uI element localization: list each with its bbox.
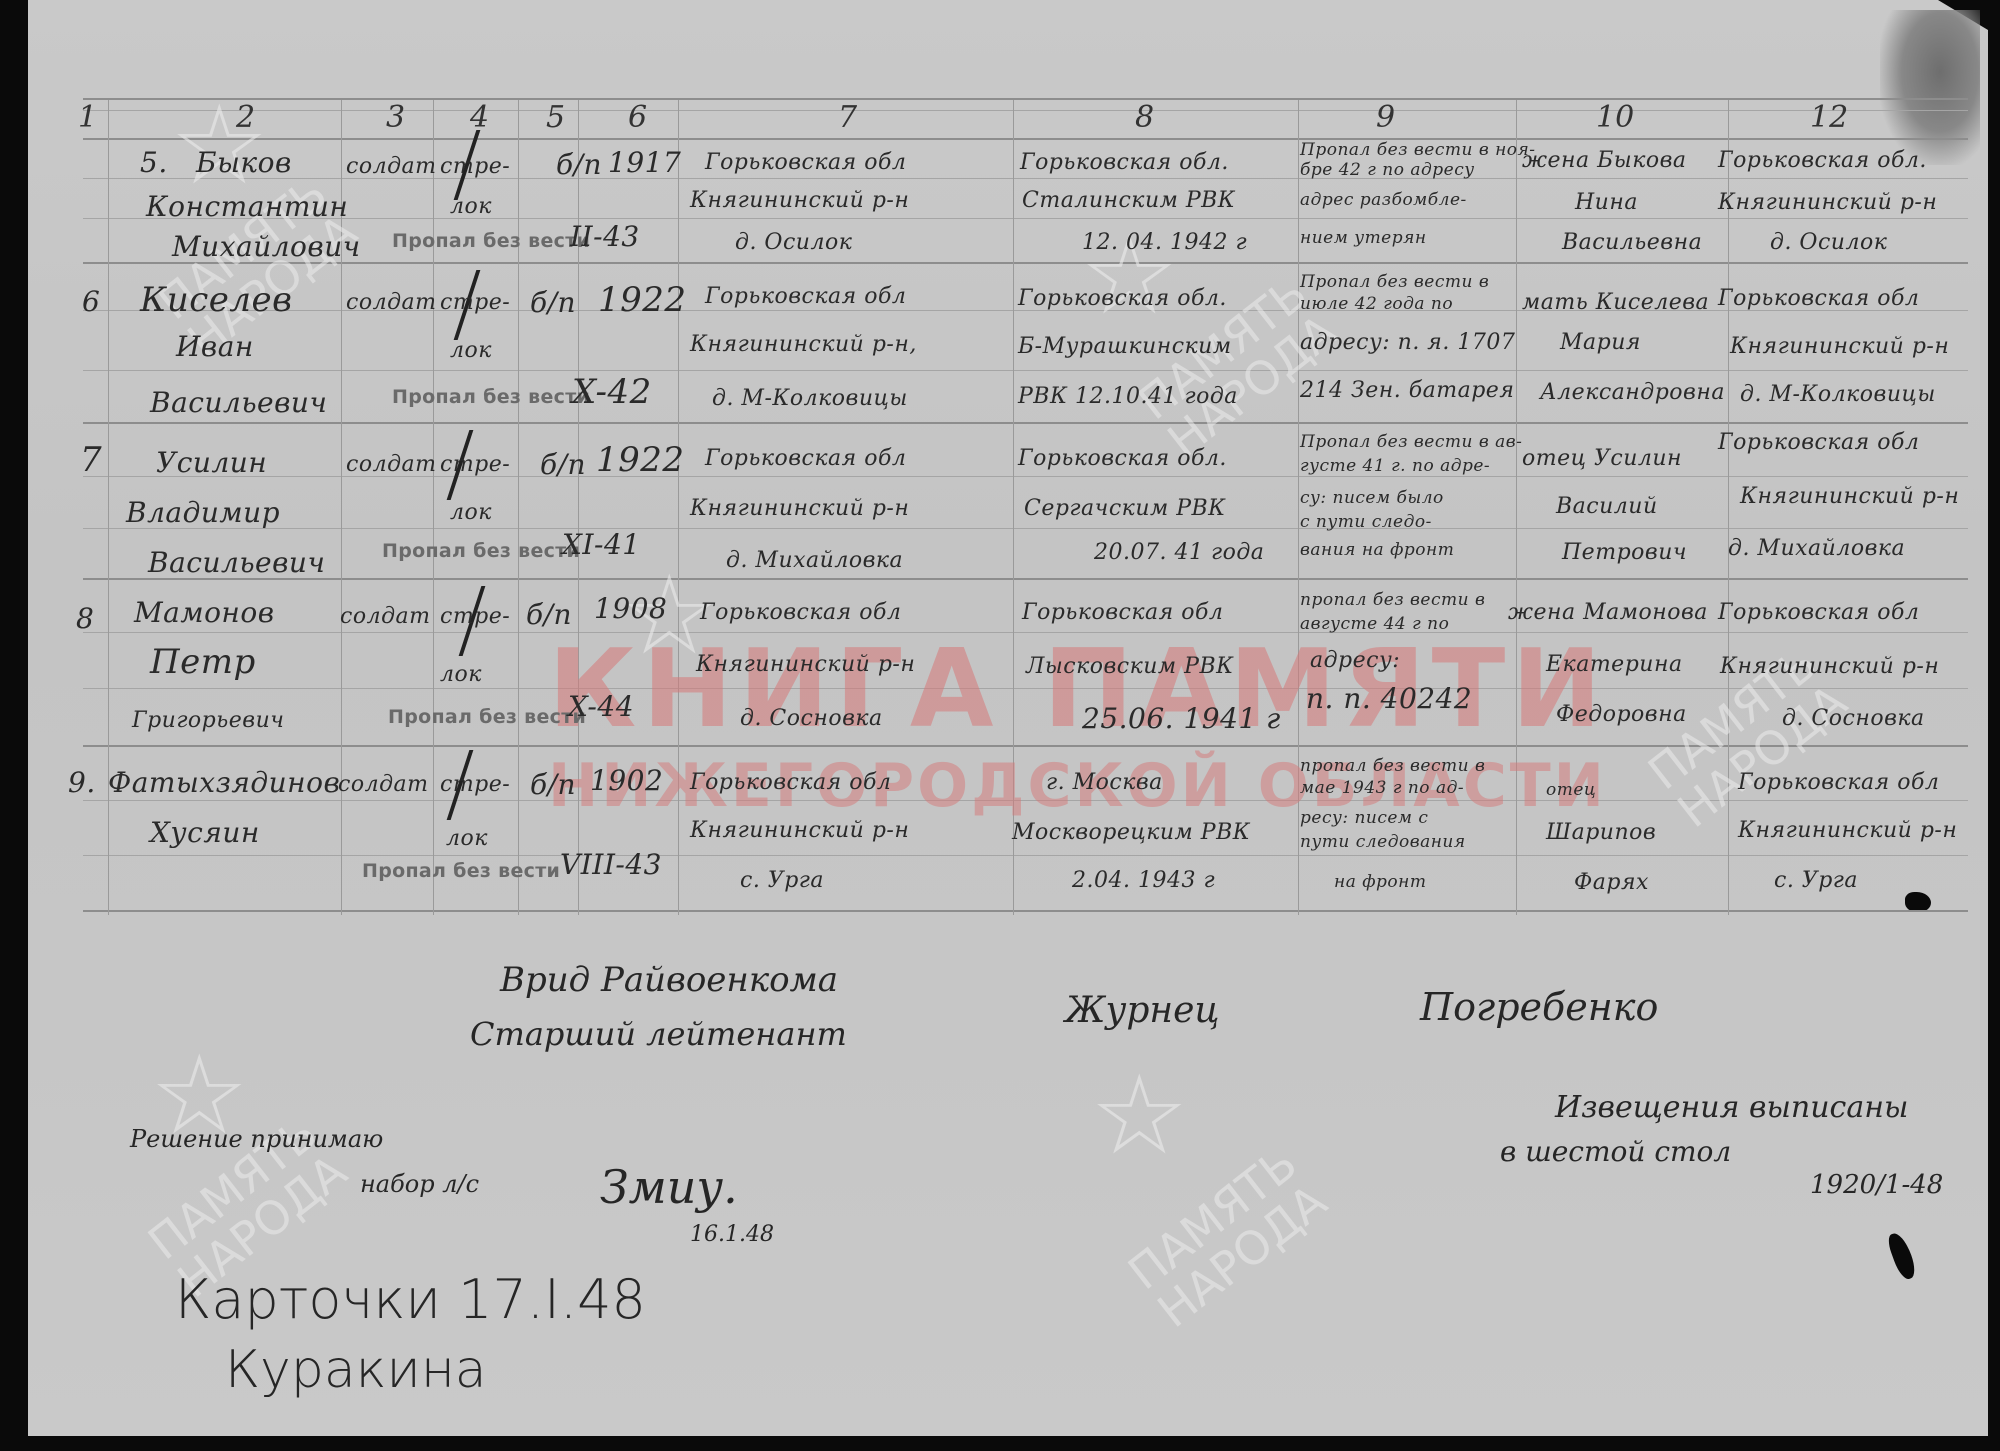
relative: жена Быкова <box>1522 148 1687 173</box>
party-status: б/п <box>526 598 572 631</box>
row-number: 9. <box>68 766 96 799</box>
circumstances: на фронт <box>1334 872 1426 892</box>
birthplace: Княгининский р-н <box>696 652 915 677</box>
column-number: 10 <box>1596 100 1634 135</box>
home-address: Горьковская обл <box>1718 600 1919 625</box>
position: стре- <box>440 452 510 477</box>
first-name: Иван <box>176 330 254 363</box>
column-number: 6 <box>628 100 647 135</box>
draft-office: Сергачским РВК <box>1024 496 1226 521</box>
surname: Киселев <box>140 280 292 320</box>
circumstances: с пути следо- <box>1300 512 1432 532</box>
circumstances: пропал без вести в <box>1300 756 1485 776</box>
missing-stamp: Пропал без вести <box>382 540 580 562</box>
circumstances: 214 Зен. батарея <box>1300 378 1514 403</box>
position: стре- <box>440 290 510 315</box>
status-date: II-43 <box>570 220 640 253</box>
signature: Погребенко <box>1420 985 1658 1029</box>
home-address: Княгининский р-н <box>1720 654 1939 679</box>
column-number: 5 <box>546 100 565 135</box>
home-address: Княгининский р-н <box>1740 484 1959 509</box>
notification-note: Извещения выписаны <box>1555 1090 1908 1125</box>
signature: Змиу. <box>600 1160 738 1214</box>
home-address: д. Сосновка <box>1782 706 1925 731</box>
home-address: Горьковская обл. <box>1718 148 1927 173</box>
signatory-title: Врид Райвоенкома <box>500 960 838 1000</box>
row-divider <box>83 578 1968 580</box>
draft-office: Б-Мурашкинским <box>1018 334 1232 359</box>
circumstances: июле 42 года по <box>1300 294 1453 314</box>
row-number: 5. <box>140 146 168 179</box>
relative: Александровна <box>1540 380 1725 405</box>
relative: Василий <box>1556 494 1658 519</box>
birthplace: д. Сосновка <box>740 706 883 731</box>
column-number: 8 <box>1135 100 1154 135</box>
missing-stamp: Пропал без вести <box>392 386 590 408</box>
relative: Мария <box>1560 330 1641 355</box>
party-status: б/п <box>540 448 586 481</box>
draft-office: Горьковская обл <box>1022 600 1223 625</box>
circumstances: Пропал без вести в ав- <box>1300 432 1522 452</box>
column-number: 3 <box>386 100 405 135</box>
row-rule <box>83 218 1968 219</box>
signatory-rank: Старший лейтенант <box>470 1015 847 1053</box>
home-address: с. Урга <box>1774 868 1858 893</box>
draft-office: Горьковская обл. <box>1020 150 1229 175</box>
draft-date: 20.07. 41 года <box>1094 540 1264 565</box>
party-status: б/п <box>556 148 602 181</box>
home-address: Горьковская обл <box>1738 770 1939 795</box>
relative: мать Киселева <box>1522 290 1709 315</box>
circumstances: густе 41 г. по адре- <box>1300 456 1490 476</box>
circumstances: бре 42 г по адресу <box>1300 160 1475 180</box>
circumstances: пути следования <box>1300 832 1466 852</box>
patronymic: Григорьевич <box>132 708 284 733</box>
position: стре- <box>440 604 510 629</box>
patronymic: Михайлович <box>172 230 361 263</box>
party-status: б/п <box>530 768 576 801</box>
draft-office: г. Москва <box>1046 770 1163 795</box>
col-divider <box>518 100 519 915</box>
column-number: 7 <box>838 100 857 135</box>
position: лок <box>446 826 488 851</box>
status-date: X-42 <box>572 372 652 412</box>
circumstances: су: писем было <box>1300 488 1444 508</box>
birth-year: 1908 <box>594 592 667 625</box>
home-address: д. Осилок <box>1770 230 1887 255</box>
cards-note: Карточки 17.I.48 <box>175 1268 646 1331</box>
circumstances: п. п. 40242 <box>1306 682 1472 715</box>
relative: отец <box>1546 780 1596 800</box>
home-address: Горьковская обл <box>1718 430 1919 455</box>
home-address: Княгининский р-н <box>1738 818 1957 843</box>
circumstances: нием утерян <box>1300 228 1427 248</box>
birthplace: Горьковская обл <box>705 446 906 471</box>
relative: Федоровна <box>1556 702 1687 727</box>
position: лок <box>440 662 482 687</box>
draft-office: Горьковская обл. <box>1018 286 1227 311</box>
birthplace: Горьковская обл <box>705 284 906 309</box>
header-bottom-rule <box>83 138 1968 140</box>
row-rule <box>83 528 1968 529</box>
circumstances: мае 1943 г по ад- <box>1300 778 1464 798</box>
birth-year: 1902 <box>590 764 663 797</box>
missing-stamp: Пропал без вести <box>392 230 590 252</box>
row-number: 8 <box>76 602 94 635</box>
circumstances: ресу: писем с <box>1300 808 1428 828</box>
star-watermark-icon: ☆ <box>170 90 269 200</box>
circumstances: адресу: п. я. 1707 <box>1300 330 1515 355</box>
surname: Усилин <box>156 446 267 479</box>
draft-date: 2.04. 1943 г <box>1072 868 1215 893</box>
row-number: 6 <box>82 285 100 318</box>
draft-date: 12. 04. 1942 г <box>1082 230 1247 255</box>
birth-year: 1917 <box>608 146 681 179</box>
position: стре- <box>440 772 510 797</box>
birthplace: Княгининский р-н <box>690 818 909 843</box>
row-rule <box>83 855 1968 856</box>
patronymic: Васильевич <box>150 386 327 419</box>
relative: Екатерина <box>1546 652 1683 677</box>
birthplace: Горьковская обл <box>690 770 891 795</box>
circumstances: адрес разбомбле- <box>1300 190 1467 210</box>
notification-note: в шестой стол <box>1500 1135 1731 1168</box>
column-number: 1 <box>78 100 97 135</box>
birthplace: д. Осилок <box>735 230 852 255</box>
first-name: Владимир <box>126 496 280 529</box>
missing-stamp: Пропал без вести <box>362 860 560 882</box>
draft-date: 25.06. 1941 г <box>1082 702 1281 735</box>
table-rule <box>83 110 1968 111</box>
star-watermark-icon: ☆ <box>1090 1060 1189 1170</box>
birth-year: 1922 <box>598 280 687 320</box>
row-divider <box>83 422 1968 424</box>
missing-stamp: Пропал без вести <box>388 706 586 728</box>
birthplace: д. М-Колковицы <box>712 386 908 411</box>
first-name: Константин <box>146 190 348 223</box>
column-number: 12 <box>1810 100 1848 135</box>
home-address: Княгининский р-н <box>1730 334 1949 359</box>
surname: Мамонов <box>134 596 275 629</box>
column-number: 9 <box>1376 100 1395 135</box>
table-bottom-border <box>83 910 1968 912</box>
circumstances: августе 44 г по <box>1300 614 1449 634</box>
table-top-border <box>83 98 1968 100</box>
draft-date: РВК 12.10.41 года <box>1018 384 1238 409</box>
birthplace: Горьковская обл <box>705 150 906 175</box>
row-divider <box>83 262 1968 264</box>
surname: Быков <box>196 146 292 179</box>
home-address: Горьковская обл <box>1718 286 1919 311</box>
draft-office: Горьковская обл. <box>1018 446 1227 471</box>
position: лок <box>450 500 492 525</box>
relative: отец Усилин <box>1522 446 1682 471</box>
birthplace: д. Михайловка <box>726 548 903 573</box>
first-name: Хусяин <box>150 816 260 849</box>
position: стре- <box>440 154 510 179</box>
row-rule <box>83 370 1968 371</box>
status-date: X-44 <box>568 690 634 723</box>
surname: Фатыхзядинов <box>108 766 340 799</box>
draft-office: Лысковским РВК <box>1026 654 1234 679</box>
relative: Васильевна <box>1562 230 1702 255</box>
signature: Журнец <box>1065 990 1220 1031</box>
birthplace: Княгининский р-н <box>690 496 909 521</box>
first-name: Петр <box>150 642 256 682</box>
relative: Фарях <box>1574 870 1649 895</box>
draft-office: Москворецким РВК <box>1012 820 1250 845</box>
birthplace: Княгининский р-н, <box>690 332 917 357</box>
relative: Шарипов <box>1546 820 1656 845</box>
circumstances: пропал без вести в <box>1300 590 1485 610</box>
circumstances: Пропал без вести в ноя- <box>1300 140 1536 160</box>
circumstances: вания на фронт <box>1300 540 1454 560</box>
decision-note: Решение принимаю <box>130 1125 383 1153</box>
relative: Нина <box>1575 190 1638 215</box>
patronymic: Васильевич <box>148 546 325 579</box>
circumstances: Пропал без вести в <box>1300 272 1489 292</box>
home-address: д. Михайловка <box>1728 536 1905 561</box>
status-date: VIII-43 <box>560 848 662 881</box>
birthplace: с. Урга <box>740 868 824 893</box>
birthplace: Горьковская обл <box>700 600 901 625</box>
position: лок <box>450 194 492 219</box>
circumstances: адресу: <box>1310 648 1400 673</box>
birthplace: Княгининский р-н <box>690 188 909 213</box>
status-date: XI-41 <box>562 528 641 561</box>
decision-date: 16.1.48 <box>690 1222 774 1247</box>
relative: жена Мамонова <box>1508 600 1708 625</box>
decision-note: набор л/с <box>360 1170 479 1198</box>
birth-year: 1922 <box>596 440 685 480</box>
cards-signature: Куракина <box>225 1340 487 1400</box>
home-address: Княгининский р-н <box>1718 190 1937 215</box>
draft-office: Сталинским РВК <box>1022 188 1235 213</box>
row-number: 7 <box>80 440 102 480</box>
party-status: б/п <box>530 286 576 319</box>
home-address: д. М-Колковицы <box>1740 382 1936 407</box>
notification-date: 1920/1-48 <box>1810 1170 1943 1200</box>
relative: Петрович <box>1562 540 1687 565</box>
position: лок <box>450 338 492 363</box>
